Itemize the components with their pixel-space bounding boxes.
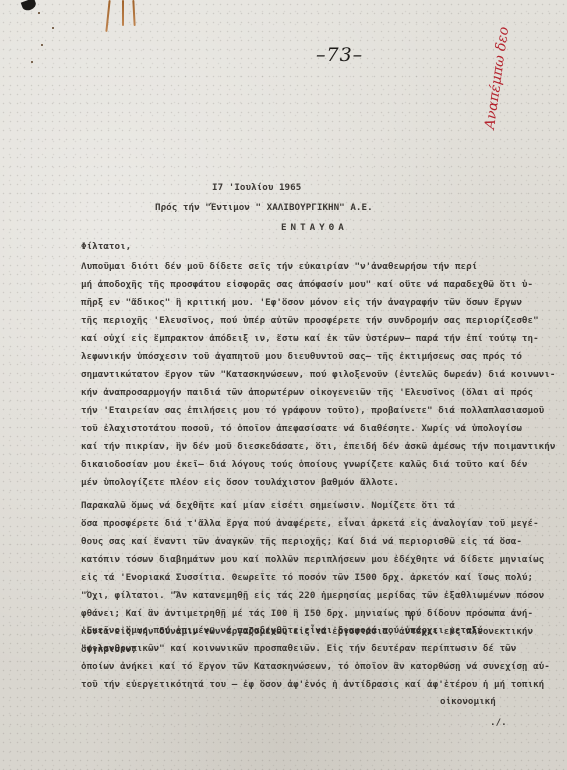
body-line: ὁποίων ἀνήκει καί τό ἔργον τῶν Κατασκηνώ…	[81, 661, 550, 672]
body-line: 'Εκεῖνο ὅμως πού ἐπιμένω νά παραδεχθῆτε …	[81, 625, 483, 636]
body-line: καί τήν πικρίαν, ἣν δέν μοῦ διεσκεδάσατε…	[81, 441, 555, 452]
rust-stain	[105, 0, 110, 32]
body-line: σημαντικώτατον ἔργον τῶν "Κατασκηνώσεων,…	[81, 369, 555, 380]
rust-stain	[122, 0, 124, 26]
red-handwritten-annotation: Αναπέμπω δεο	[482, 26, 512, 131]
body-line: φθάνει; Καί ἂν ἀντιμετρηθῇ μέ τάς I00 ἢ …	[81, 608, 533, 619]
body-line: κήν ἀναπροσαρμογήν παιδιά τῶν ἀπορωτέρων…	[81, 387, 533, 398]
body-line: καί οὐχί εἰς ἔμπρακτον ἀπόδειξ ιν, ἔστω …	[81, 333, 539, 344]
ink-speck	[38, 12, 40, 14]
letter-addressee: Πρός τήν "Έντιμον " ΧΑΛΙΒΟΥΡΓΙΚΗΝ" Α.Ε.	[155, 202, 373, 213]
ink-speck	[31, 61, 33, 63]
body-line: δικαιοδοσίαν μου ἐκεῖ– διά λόγους τούς ὁ…	[81, 459, 528, 470]
ink-speck	[52, 27, 54, 29]
handwritten-page-number: –73–	[316, 44, 363, 66]
typed-insertion-above: ἢ	[409, 612, 414, 621]
body-line: τήν 'Εταιρείαν σας ἐπιλήσεις μου τό γράφ…	[81, 405, 544, 416]
letter-location: ΕΝΤΑΥΘΑ	[281, 222, 348, 233]
typed-insertion-below: οἰκονομική	[440, 696, 496, 707]
letter-salutation: Φίλτατοι,	[81, 241, 131, 252]
ink-blot	[21, 0, 38, 12]
letter-date: I7 'Ιουλίου 1965	[212, 182, 301, 193]
rust-stain	[132, 0, 135, 26]
body-line: "φιλανθρωπικῶν" καί κοινωνικῶν προσπαθει…	[81, 643, 516, 654]
body-line: πῆρξ εν "ἄδικος" ἢ κριτική μου. 'Εφ'ὅσον…	[81, 297, 522, 308]
body-line: Παρακαλῶ ὅμως νά δεχθῆτε καί μίαν εἰσέτι…	[81, 500, 455, 511]
body-line: τοῦ τήν εὐεργετικότητά του – ἐφ ὅσον ἀφ'…	[81, 679, 544, 690]
body-line: τῆς περιοχῆς 'Ελευσῖνος, πού ὑπέρ αὐτῶν …	[81, 315, 539, 326]
body-line: κατόπιν τόσων διαβημάτων μου καί πολλῶν …	[81, 554, 544, 565]
body-line: τοῦ ἐλαχιστοτάτου ποσοῦ, τό ὁποῖον ἀπεφα…	[81, 423, 522, 434]
body-line: ὅσα προσφέρετε διά τ'ἄλλα ἔργα πού ἀναφέ…	[81, 518, 539, 529]
scanned-letter-page: –73– Αναπέμπω δεο I7 'Ιουλίου 1965 Πρός …	[0, 0, 567, 770]
body-line: λεφωνικήν ὑπόσχεσιν τοῦ ἀγαπητοῦ μου διε…	[81, 351, 522, 362]
body-line: μή ἀποδοχῆς τῆς προσφάτου εἰσφορᾶς σας ἀ…	[81, 279, 533, 290]
body-line: εἰς τά 'Ενοριακά Συσσίτια. Θεωρεῖτε τό π…	[81, 572, 533, 583]
body-line: μέν ὑπολογίζετε πλέον εἰς ὅσον τουλάχιστ…	[81, 477, 399, 488]
body-line: Λυποῦμαι διότι δέν μοῦ δίδετε σεῖς τήν ε…	[81, 261, 477, 272]
ink-speck	[41, 44, 43, 46]
body-line: "Όχι, φίλτατοι. "Ἄν κατανεμηθῇ εἰς τάς 2…	[81, 590, 544, 601]
body-line: θους σας καί ἔναντι τῶν ἀναγκῶν τῆς περι…	[81, 536, 522, 547]
continuation-mark: ./.	[490, 717, 507, 728]
